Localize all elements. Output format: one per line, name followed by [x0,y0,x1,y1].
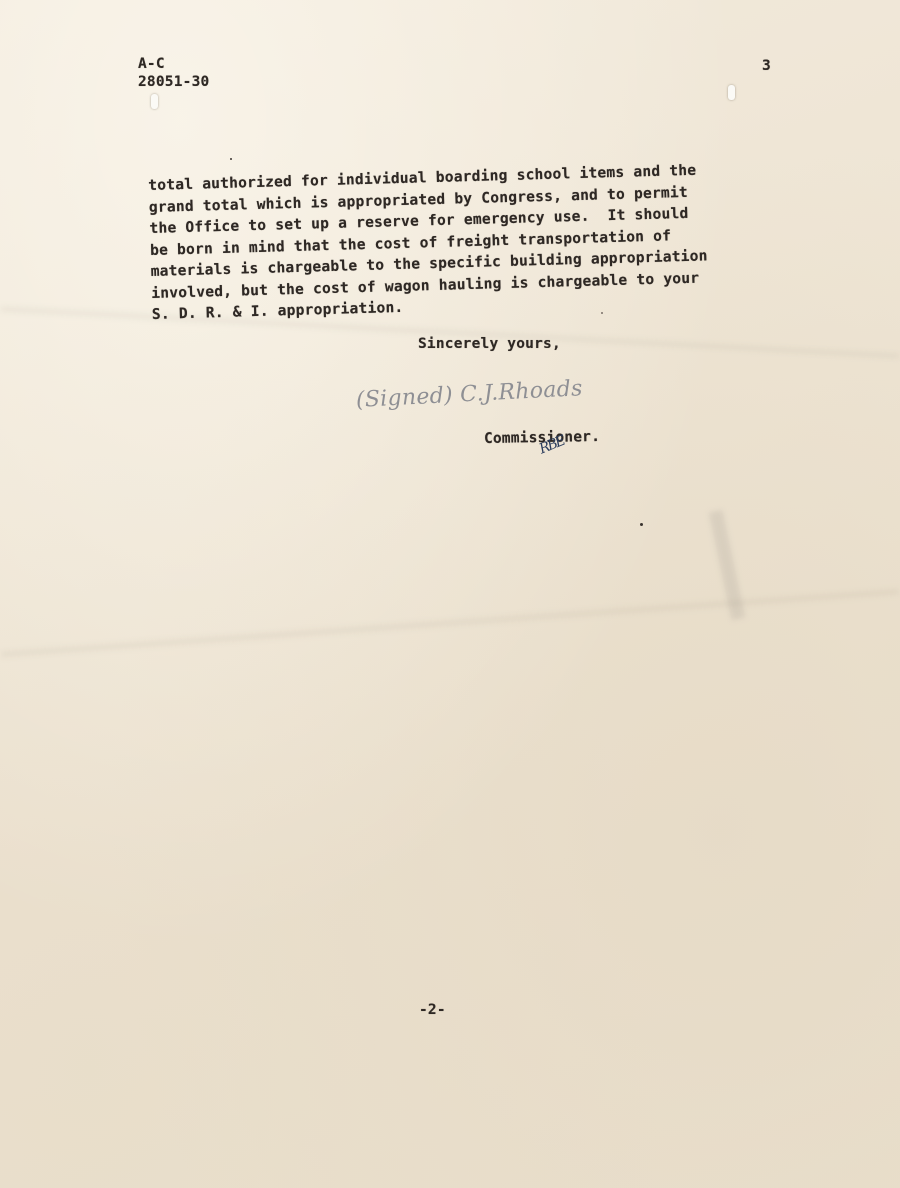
signature-stamp: (Signed) C.J.Rhoads [355,376,583,413]
paper-crease [1,589,899,658]
punch-hole-icon [151,94,158,109]
punch-hole-icon [728,85,735,100]
page-number: 3 [762,58,771,74]
file-code-line-2: 28051-30 [138,73,209,91]
letter-body: total authorized for individual boarding… [148,157,792,325]
file-reference: A-C 28051-30 [138,55,209,91]
letter-page: A-C 28051-30 3 total authorized for indi… [0,0,900,1188]
closing-salutation: Sincerely yours, [418,336,561,352]
ink-speck [640,523,643,526]
ink-speck [230,158,232,160]
page-footer-number: -2- [419,1002,446,1018]
file-code-line-1: A-C [138,55,209,73]
